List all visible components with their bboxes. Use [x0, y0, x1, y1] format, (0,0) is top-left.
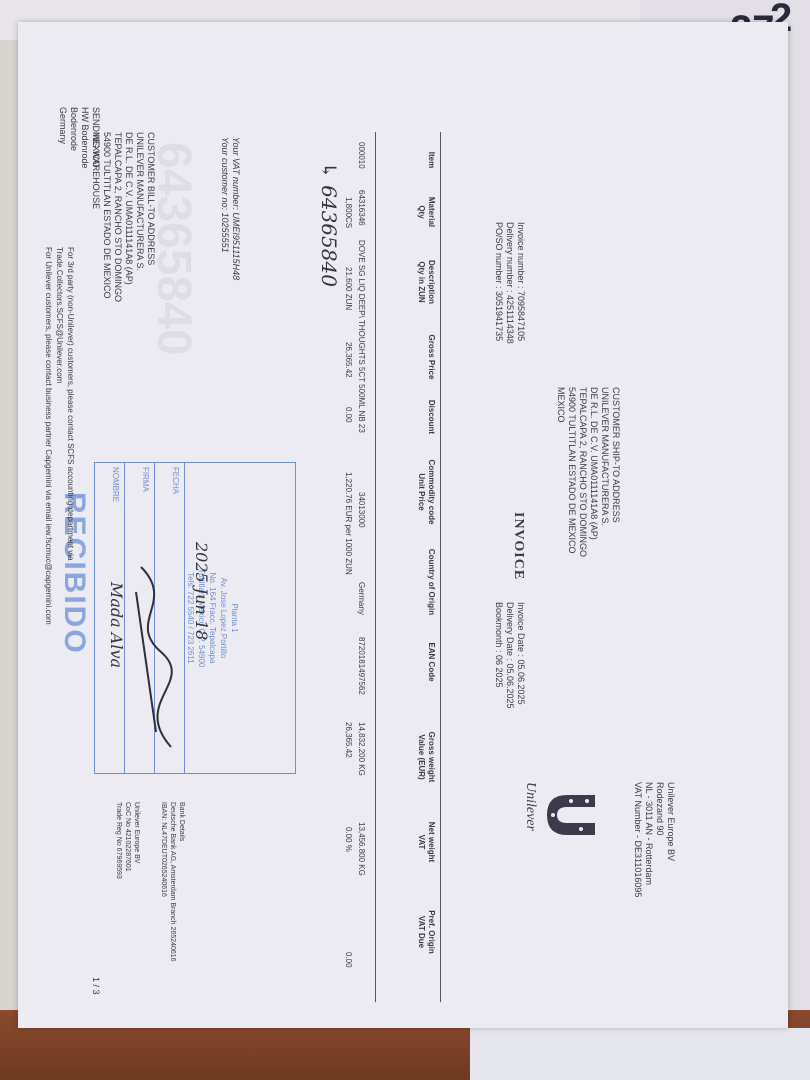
- col-gross-weight: Gross weightValue (EUR): [416, 722, 436, 792]
- invoice-page: 64365840 SENDING WAREHOUSE HW Bodenrode …: [11, 22, 771, 1022]
- signature-scribble-icon: [121, 562, 181, 752]
- col-item: Item: [426, 140, 436, 180]
- page-number: 1 / 3: [90, 977, 101, 995]
- stamp-fecha-label: FECHA: [170, 467, 181, 494]
- brand-wordmark: Unilever: [525, 782, 536, 831]
- cell-gross-price: 26,365.42: [343, 342, 353, 378]
- bill-to-address: CUSTOMER BILL-TO ADDRESS UNILEVER MANUFA…: [90, 132, 156, 302]
- cell-net-weight: 13,456.800 KG: [356, 822, 366, 876]
- cell-value: 26,365.42: [343, 722, 353, 758]
- col-ean: EAN Code: [426, 632, 436, 692]
- handwritten-note: ↳ 64365840: [317, 162, 341, 287]
- cell-vat-due: 0.00: [343, 952, 353, 968]
- invoice-references: Invoice number : 7095847105 Delivery num…: [493, 222, 526, 344]
- cell-discount: 0.00: [343, 407, 353, 423]
- unilever-logo-icon: [545, 787, 601, 843]
- col-commodity: Commodity codeUnit Price: [416, 452, 436, 532]
- legal-details: Unilever Europe BV CoC No 42102287601 Tr…: [114, 802, 141, 879]
- cell-ean: 8720181497562: [356, 637, 366, 695]
- table-top-rule: [375, 132, 376, 1002]
- ship-to-address: CUSTOMER SHIP-TO ADDRESS UNILEVER MANUFA…: [555, 387, 621, 557]
- stamp-name-handwritten: Mada Alva: [107, 582, 126, 668]
- seller-address: Unilever Europe BV Rodezand 90 NL - 3011…: [632, 782, 676, 897]
- cell-vat: 0.00 %: [343, 827, 353, 852]
- bank-details: Bank Details Deutsche Bank AG, Amsterdam…: [159, 802, 186, 962]
- invoice-dates: Invoice Date : 05.06.2025 Delivery Date …: [493, 602, 526, 709]
- col-pref-origin: Pref. OriginVAT Due: [416, 902, 436, 962]
- cell-commodity: 34013000: [356, 492, 366, 528]
- stamp-date-handwritten: 2025 Jun 18: [192, 542, 211, 640]
- cell-gross-weight: 14,832.200 KG: [356, 722, 366, 776]
- cell-qty: 1,800CS: [343, 197, 353, 228]
- cell-material: 64316346: [356, 190, 366, 226]
- cell-qty-zun: 21,600 ZUN: [343, 267, 353, 310]
- col-description: DescriptionQty in ZUN: [416, 247, 436, 317]
- col-net-weight: Net weightVAT: [416, 812, 436, 872]
- customer-ids: Your VAT number: UMEI951115H48 Your cust…: [219, 137, 241, 280]
- invoice-title: INVOICE: [510, 512, 526, 580]
- stamp-firma-label: FIRMA: [140, 467, 151, 492]
- col-country: Country of Origin: [426, 542, 436, 622]
- col-material: MaterialQty: [416, 187, 436, 237]
- cell-unit-price: 1,220.76 EUR per 1000 ZUN: [343, 472, 353, 575]
- cell-item: 000010: [356, 142, 366, 169]
- col-discount: Discount: [426, 392, 436, 442]
- col-gross-price: Gross Price: [426, 327, 436, 387]
- table-header-rule: [440, 132, 441, 1002]
- stamp-nombre-label: NOMBRE: [110, 467, 121, 502]
- cell-description: DOVE SG LIQ DEEP\ THOUGHTS 5CT 500ML NB …: [356, 240, 366, 433]
- footer-contact: For 3rd party (non-Unilever) customers, …: [43, 247, 76, 625]
- cell-country: Germany: [356, 582, 366, 615]
- background-paper-corner: [470, 1028, 810, 1080]
